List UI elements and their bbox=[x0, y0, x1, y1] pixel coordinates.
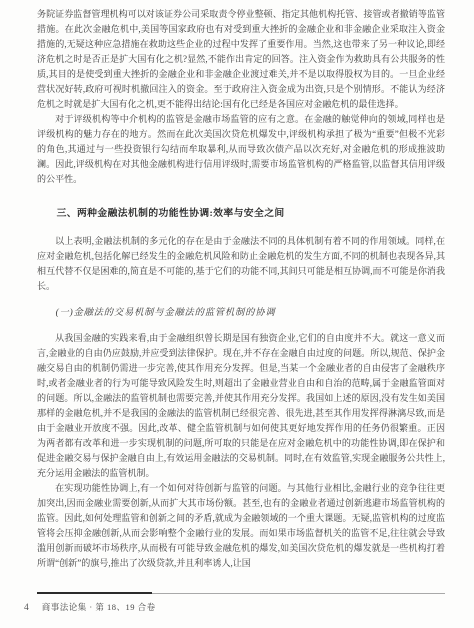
footer-rule-thick-segment bbox=[37, 592, 152, 595]
paragraph-rating-agencies: 对于评级机构等中介机构的监管是金融市场监管的应有之意。在金融的触觉伸向的领域,同… bbox=[37, 112, 445, 187]
paragraph-rescue-measures: 务院证券监督管理机构可以对该证券公司采取责令停业整顿、指定其他机构托管、接管或者… bbox=[37, 7, 445, 112]
paragraph-transaction-vs-regulation: 从我国金融的实践来看,由于金融组织曾长期是国有独资企业,它们的自由度并不大。就这… bbox=[37, 331, 445, 481]
subsection-heading: (一)金融法的交易机制与金融法的监管机制的协调 bbox=[37, 306, 445, 321]
page-body: 务院证券监督管理机构可以对该证券公司采取责令停业整顿、指定其他机构托管、接管或者… bbox=[37, 7, 445, 571]
book-page: 务院证券监督管理机构可以对该证券公司采取责令停业整顿、指定其他机构托管、接管或者… bbox=[0, 0, 474, 628]
page-number: 4 bbox=[24, 603, 29, 613]
page-footer: 4 商事法论集 · 第 18、19 合卷 bbox=[24, 601, 156, 613]
book-volume-title: 商事法论集 · 第 18、19 合卷 bbox=[42, 601, 156, 613]
paragraph-innovation-vs-regulation: 在实现功能性协调上,有一个如何对待创新与监管的问题。与其他行业相比,金融行业的竞… bbox=[37, 481, 445, 571]
paragraph-mechanism-plurality: 以上表明,金融法机制的多元化的存在是由于金融法不同的具体机制有着不同的作用领域。… bbox=[37, 234, 445, 294]
section-heading: 三、两种金融法机制的功能性协调:效率与安全之间 bbox=[37, 206, 445, 221]
footer-rule bbox=[37, 593, 445, 594]
